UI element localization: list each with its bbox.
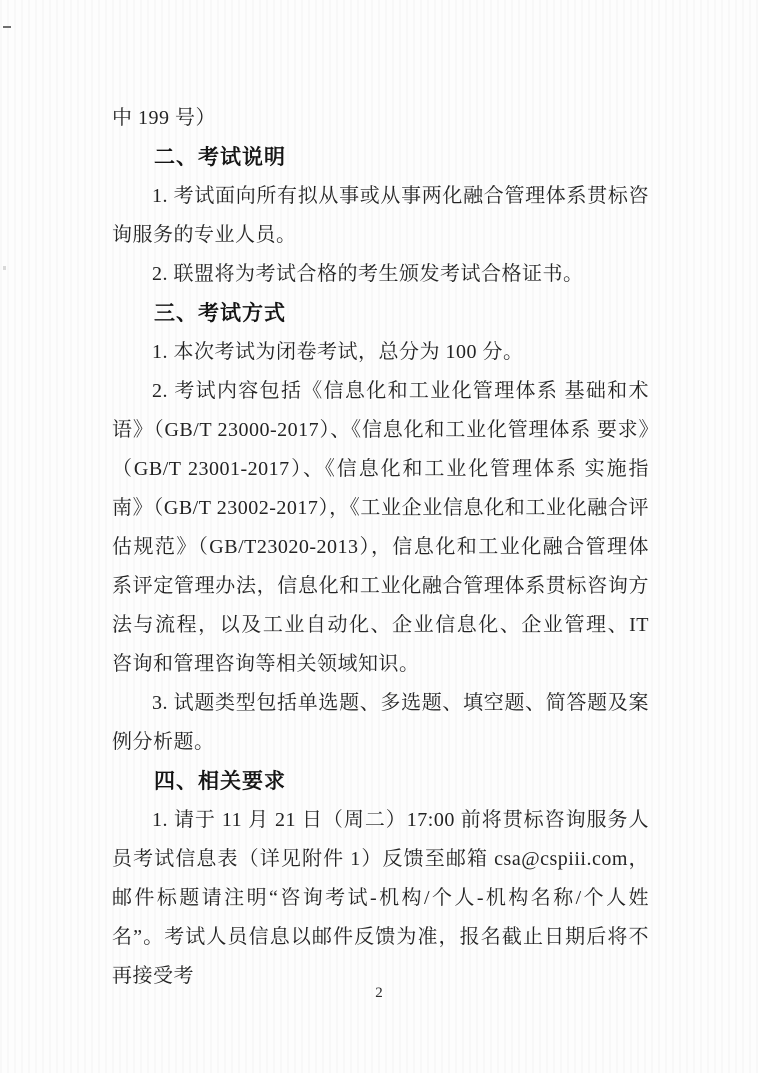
section-heading-exam-format: 三、考试方式 — [112, 294, 649, 333]
body-paragraph: 1. 请于 11 月 21 日（周二）17:00 前将贯标咨询服务人员考试信息表… — [112, 801, 649, 996]
body-paragraph: 3. 试题类型包括单选题、多选题、填空题、简答题及案例分析题。 — [112, 684, 649, 762]
paragraph-continuation: 中 199 号） — [112, 99, 649, 138]
page-number: 2 — [0, 983, 758, 1003]
scan-artifact-dash — [3, 26, 11, 28]
document-page: 中 199 号） 二、考试说明 1. 考试面向所有拟从事或从事两化融合管理体系贯… — [0, 0, 758, 1073]
body-paragraph: 1. 考试面向所有拟从事或从事两化融合管理体系贯标咨询服务的专业人员。 — [112, 177, 649, 255]
section-heading-requirements: 四、相关要求 — [112, 762, 649, 801]
body-paragraph: 2. 联盟将为考试合格的考生颁发考试合格证书。 — [112, 255, 649, 294]
body-paragraph: 2. 考试内容包括《信息化和工业化管理体系 基础和术语》（GB/T 23000-… — [112, 372, 649, 684]
scan-artifact-dot — [3, 266, 6, 270]
section-heading-exam-description: 二、考试说明 — [112, 138, 649, 177]
body-paragraph: 1. 本次考试为闭卷考试，总分为 100 分。 — [112, 333, 649, 372]
document-body: 中 199 号） 二、考试说明 1. 考试面向所有拟从事或从事两化融合管理体系贯… — [112, 99, 649, 996]
